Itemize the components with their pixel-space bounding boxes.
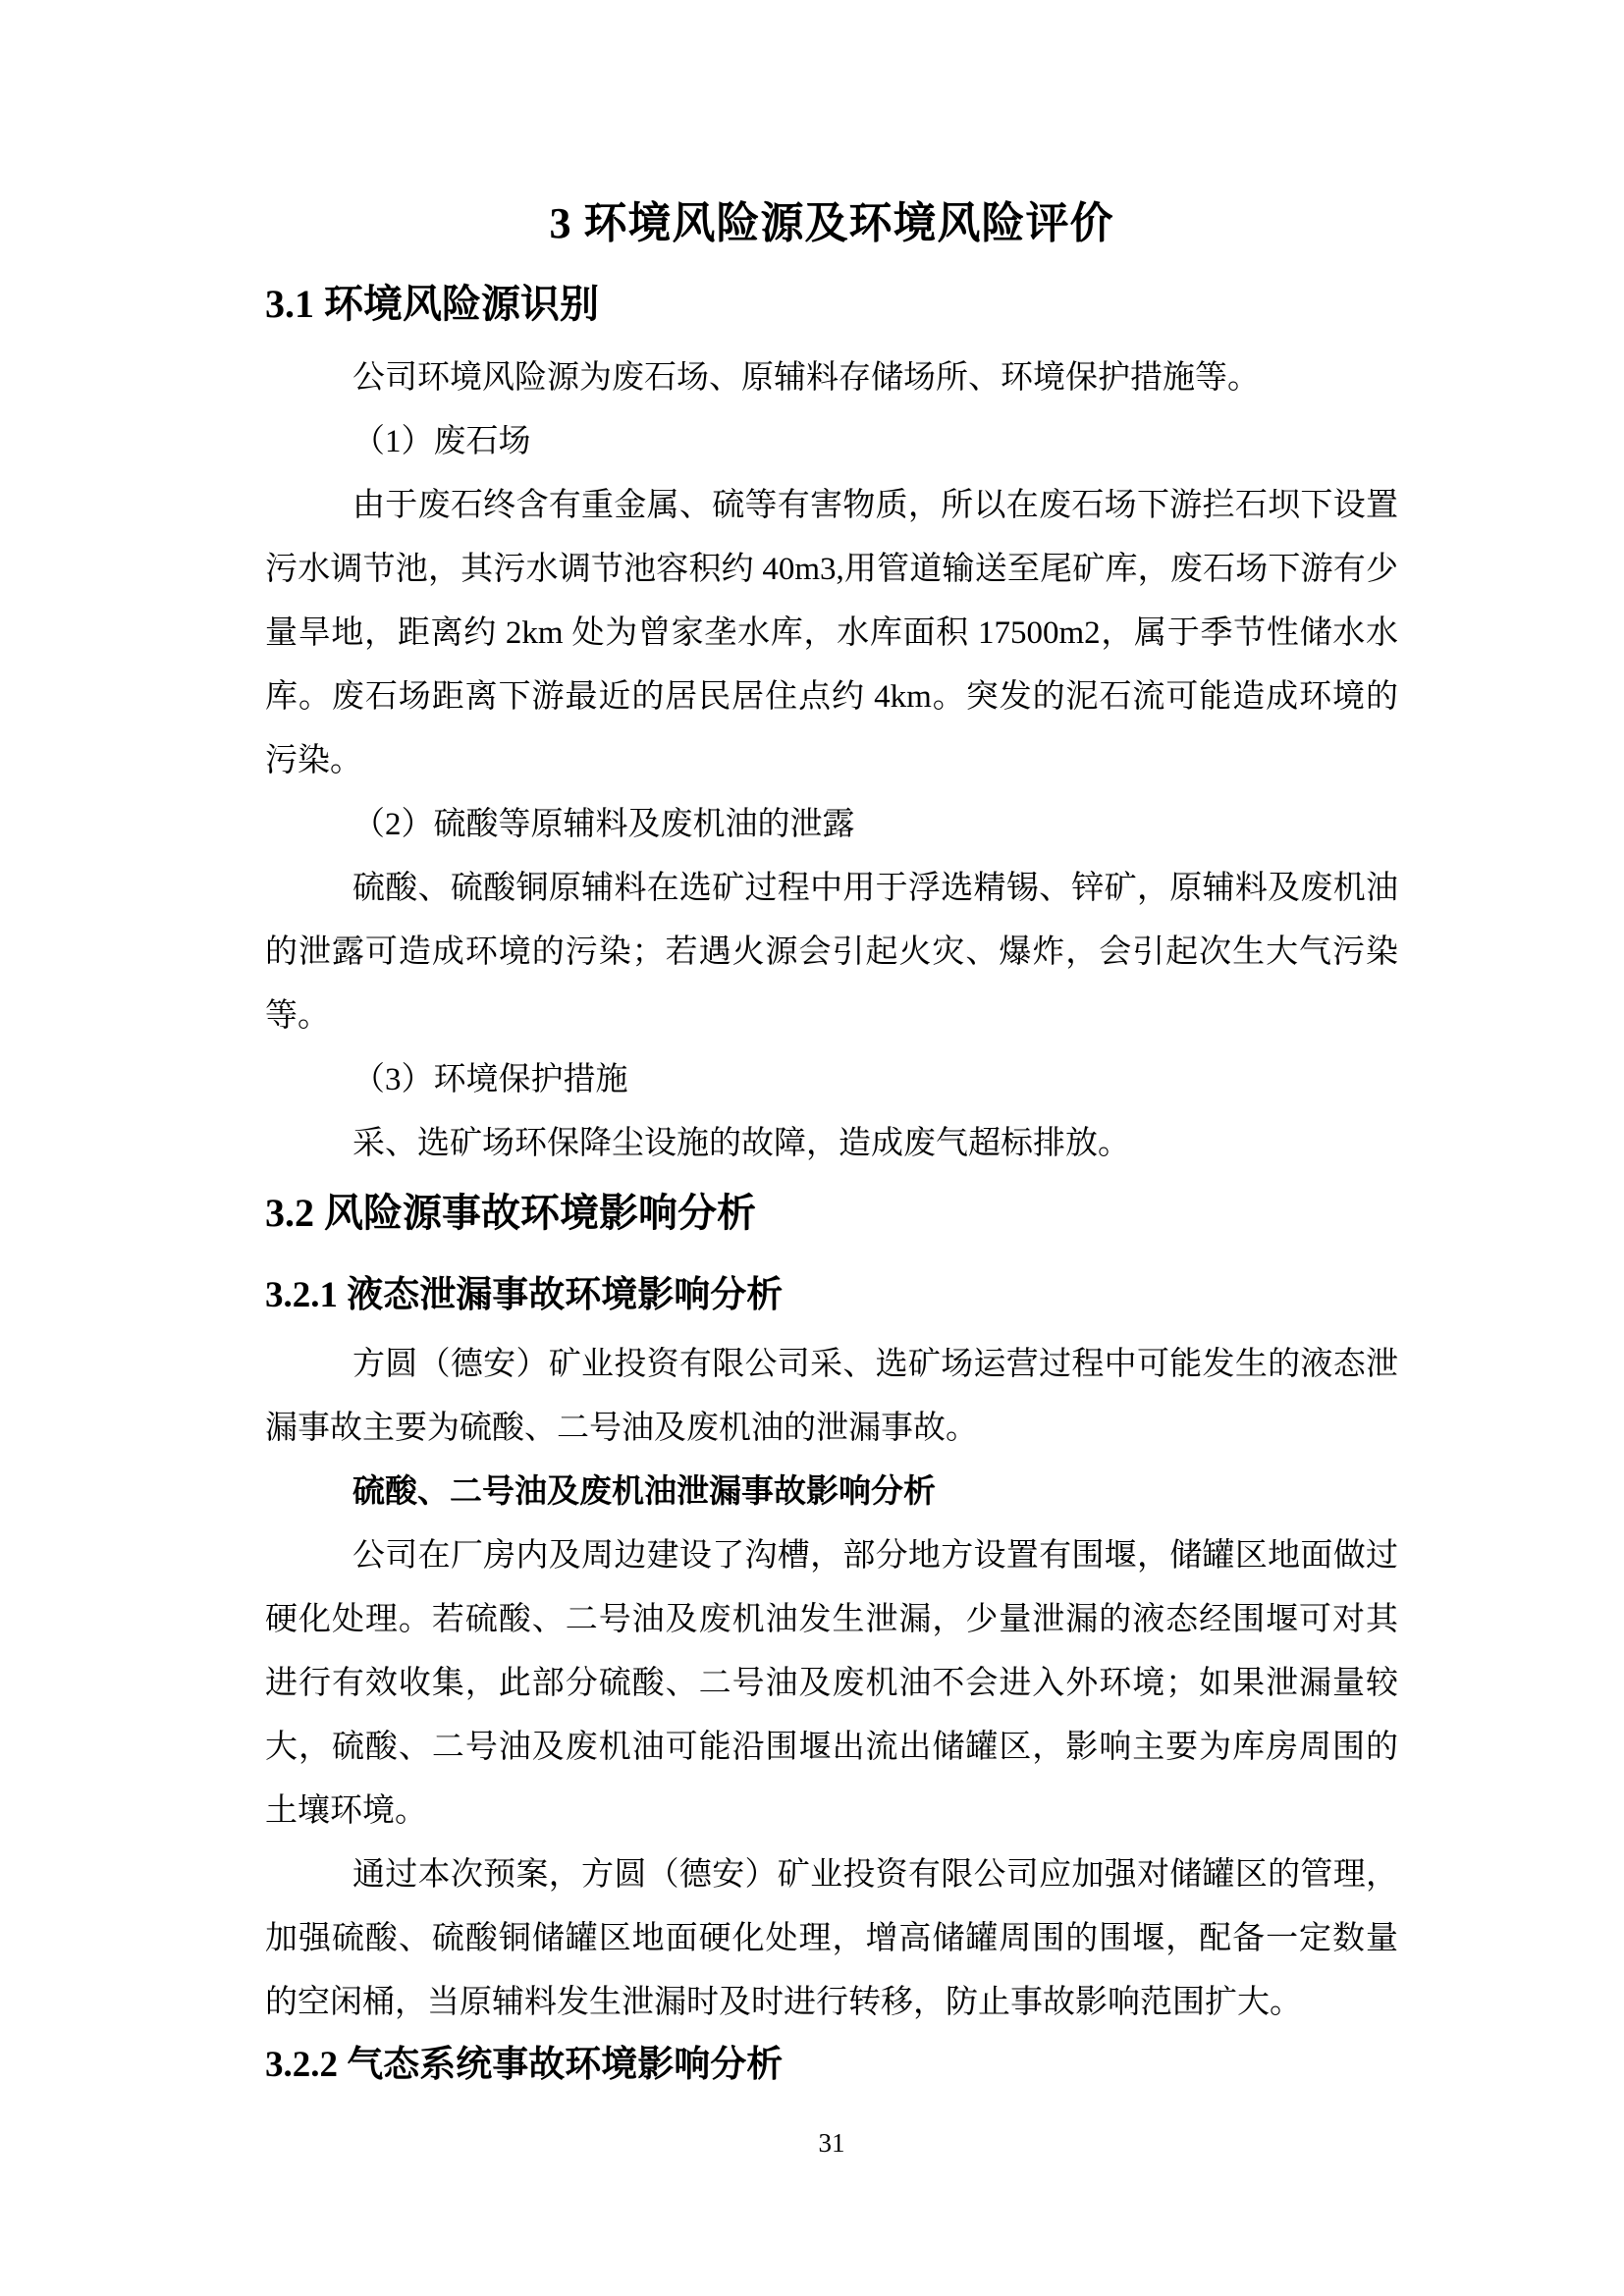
subheading-leak-impact-analysis: 硫酸、二号油及废机油泄漏事故影响分析 [265,1461,1398,1524]
item-2-sulfuric-acid-leakage: （2）硫酸等原辅料及废机油的泄露 [265,793,1398,857]
section-3-2-2-heading: 3.2.2 气态系统事故环境影响分析 [265,2035,1398,2096]
paragraph-liquid-leak-intro: 方圆（德安）矿业投资有限公司采、选矿场运营过程中可能发生的液态泄漏事故主要为硫酸… [265,1333,1398,1461]
chapter-title: 3 环境风险源及环境风险评价 [265,187,1398,260]
paragraph-risk-sources: 公司环境风险源为废石场、原辅料存储场所、环境保护措施等。 [265,347,1398,410]
paragraph-waste-rock-detail: 由于废石终含有重金属、硫等有害物质，所以在废石场下游拦石坝下设置污水调节池，其污… [265,474,1398,793]
paragraph-acid-leakage-detail: 硫酸、硫酸铜原辅料在选矿过程中用于浮选精锡、锌矿，原辅料及废机油的泄露可造成环境… [265,857,1398,1048]
section-3-2-1-heading: 3.2.1 液态泄漏事故环境影响分析 [265,1265,1398,1326]
paragraph-leak-impact-detail: 公司在厂房内及周边建设了沟槽，部分地方设置有围堰，储罐区地面做过硬化处理。若硫酸… [265,1524,1398,1843]
item-3-environmental-protection: （3）环境保护措施 [265,1048,1398,1112]
document-page: 3 环境风险源及环境风险评价 3.1 环境风险源识别 公司环境风险源为废石场、原… [0,0,1624,2296]
paragraph-plan-recommendations: 通过本次预案，方圆（德安）矿业投资有限公司应加强对储罐区的管理，加强硫酸、硫酸铜… [265,1843,1398,2035]
section-3-1-heading: 3.1 环境风险源识别 [265,272,1398,337]
page-content: 3 环境风险源及环境风险评价 3.1 环境风险源识别 公司环境风险源为废石场、原… [265,187,1398,2096]
section-3-2-heading: 3.2 风险源事故环境影响分析 [265,1181,1398,1246]
page-number: 31 [265,2128,1398,2158]
paragraph-dust-control-failure: 采、选矿场环保降尘设施的故障，造成废气超标排放。 [265,1112,1398,1176]
item-1-waste-rock-yard: （1）废石场 [265,410,1398,474]
